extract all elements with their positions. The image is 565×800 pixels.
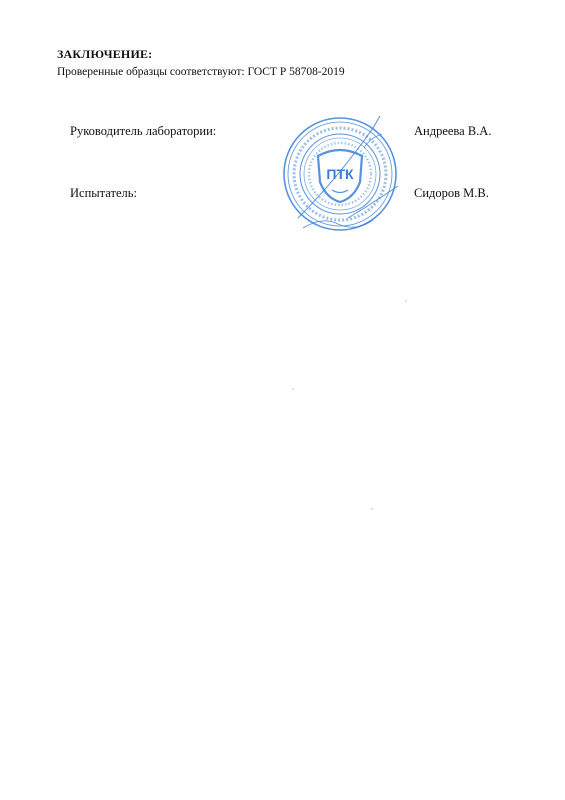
scan-speck — [405, 300, 407, 302]
conclusion-text: Проверенные образцы соответствуют: ГОСТ … — [57, 66, 345, 78]
signature-name-head: Андреева В.А. — [414, 124, 491, 139]
scan-speck — [292, 388, 294, 390]
signature-role-tester: Испытатель: — [70, 186, 137, 201]
section-title: ЗАКЛЮЧЕНИЕ: — [57, 47, 152, 62]
signature-role-head: Руководитель лаборатории: — [70, 124, 216, 139]
svg-text:ПТК: ПТК — [326, 166, 354, 182]
document-page: ЗАКЛЮЧЕНИЕ: Проверенные образцы соответс… — [0, 0, 565, 800]
signature-name-tester: Сидоров М.В. — [414, 186, 489, 201]
seal-stamp-icon: ПТК — [278, 108, 413, 243]
scan-speck — [371, 508, 373, 510]
